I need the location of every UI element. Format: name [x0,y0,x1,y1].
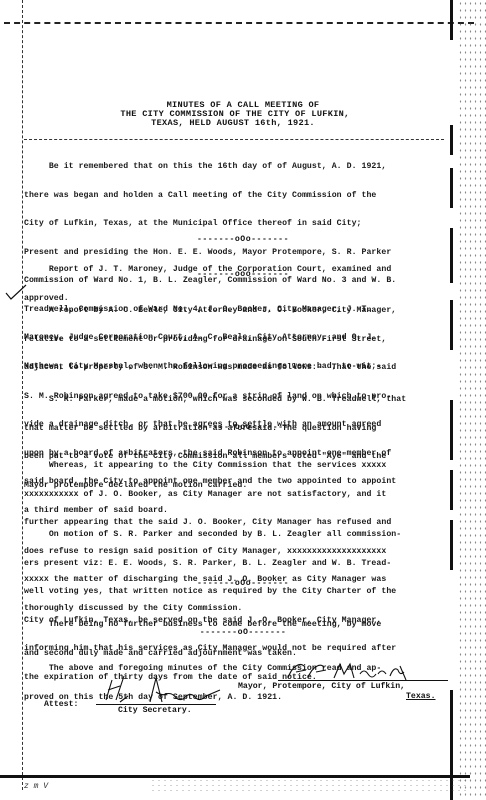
section-separator: -------ooo------- [0,423,486,432]
text-line: well voting yes, that written notice as … [24,587,449,597]
mayor-state: Texas. [406,692,435,701]
text-line: On motion of S. R. Parker and seconded b… [24,530,449,540]
secretary-signature-line [96,704,216,705]
title-line-3: TEXAS, HELD AUGUST 16th, 1921. [0,119,476,129]
text-line: adjacent to property of S. M. Robinson w… [24,363,449,373]
top-border-line [4,22,474,24]
bottom-margin-note: z m V [24,782,48,791]
text-line: Whereas, it appearing to the City Commis… [24,461,449,471]
section-separator: -------oOo------- [0,235,486,244]
text-line: proved on this the 5th day of September,… [24,693,449,703]
text-line: S. R. Parker, made a motion, which was s… [24,395,449,405]
bottom-border-line [0,775,470,778]
mayor-signature-line [278,680,448,681]
text-line: there was began and holden a Call meetin… [24,191,449,201]
section-separator: -------oOo------- [0,579,486,588]
text-line: relative to a settlement or providing fo… [24,335,449,345]
secretary-signature [98,672,228,706]
attest-label: Attest: [44,700,78,709]
secretary-title: City Secretary. [118,706,192,715]
text-line: ers present viz: E. E. Woods, S. R. Park… [24,559,449,569]
text-line: A report by A. C. Beale, City Attorney a… [24,306,449,316]
section-separator: -------oO------- [0,628,486,637]
text-line: Be it remembered that on this the 16th d… [24,162,449,172]
mayor-signature [282,660,432,682]
scan-noise-bottom [150,778,470,792]
mayor-title: Mayor, Protempore, City of Lufkin, [238,682,405,691]
header-dashed-rule [24,139,444,140]
text-line: xxxxxxxxxxx of J. O. Booker, as City Man… [24,490,449,500]
scanned-document-page: MINUTES OF A CALL MEETING OF THE CITY CO… [0,0,486,800]
section-separator: -------ooo------- [0,270,486,279]
text-line: City of Lufkin, Texas, at the Municipal … [24,219,449,229]
